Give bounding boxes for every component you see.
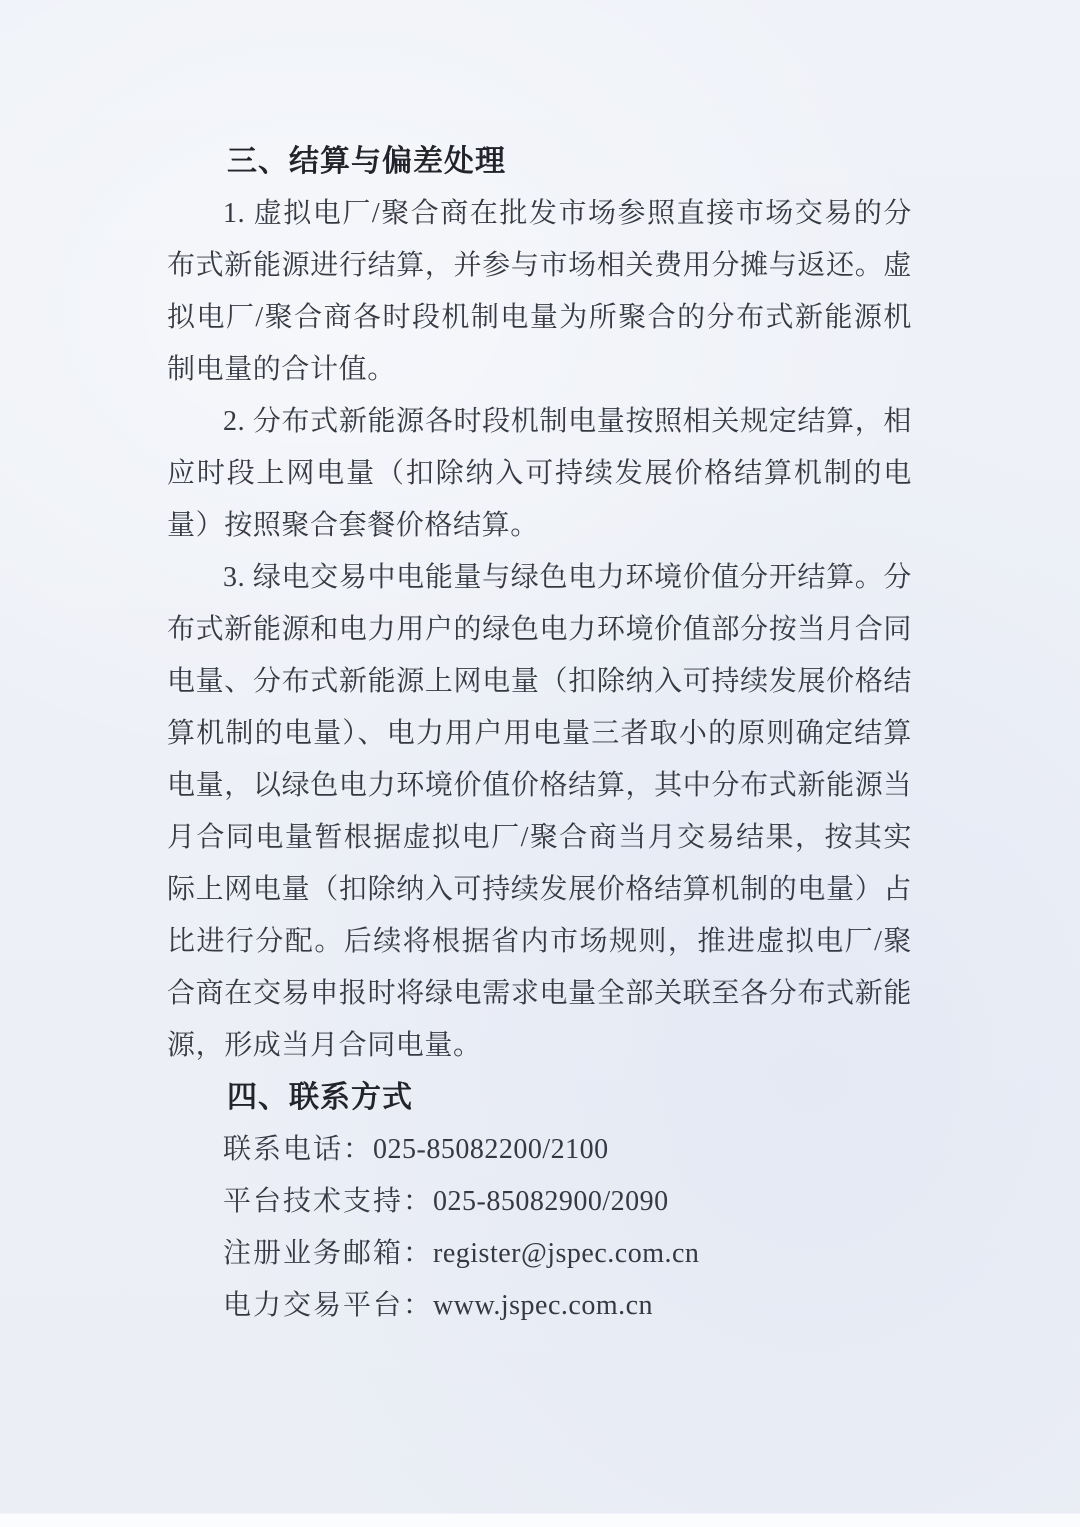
scan-bottom-edge xyxy=(0,1513,1080,1527)
contact-line-register-email: 注册业务邮箱：register@jspec.com.cn xyxy=(167,1228,912,1280)
contact-line-trading-platform: 电力交易平台：www.jspec.com.cn xyxy=(167,1280,912,1332)
contact-tech-support-label: 平台技术支持： xyxy=(223,1186,433,1217)
section-heading-settlement: 三、结算与偏差处理 xyxy=(167,136,912,188)
contact-line-phone: 联系电话：025-85082200/2100 xyxy=(167,1124,912,1176)
contact-register-email-value: register@jspec.com.cn xyxy=(433,1238,699,1269)
contact-phone-value: 025-85082200/2100 xyxy=(373,1134,609,1165)
contact-trading-platform-value: www.jspec.com.cn xyxy=(433,1290,653,1321)
document-body: 三、结算与偏差处理 1. 虚拟电厂/聚合商在批发市场参照直接市场交易的分布式新能… xyxy=(167,136,912,1332)
contact-tech-support-value: 025-85082900/2090 xyxy=(433,1186,669,1217)
settlement-paragraph-1: 1. 虚拟电厂/聚合商在批发市场参照直接市场交易的分布式新能源进行结算，并参与市… xyxy=(167,188,912,396)
contact-trading-platform-label: 电力交易平台： xyxy=(223,1290,433,1321)
contact-register-email-label: 注册业务邮箱： xyxy=(223,1238,433,1269)
contact-line-tech-support: 平台技术支持：025-85082900/2090 xyxy=(167,1176,912,1228)
contact-phone-label: 联系电话： xyxy=(223,1134,373,1165)
settlement-paragraph-2: 2. 分布式新能源各时段机制电量按照相关规定结算，相应时段上网电量（扣除纳入可持… xyxy=(167,396,912,552)
section-heading-contact: 四、联系方式 xyxy=(167,1072,912,1124)
settlement-paragraph-3: 3. 绿电交易中电能量与绿色电力环境价值分开结算。分布式新能源和电力用户的绿色电… xyxy=(167,552,912,1072)
